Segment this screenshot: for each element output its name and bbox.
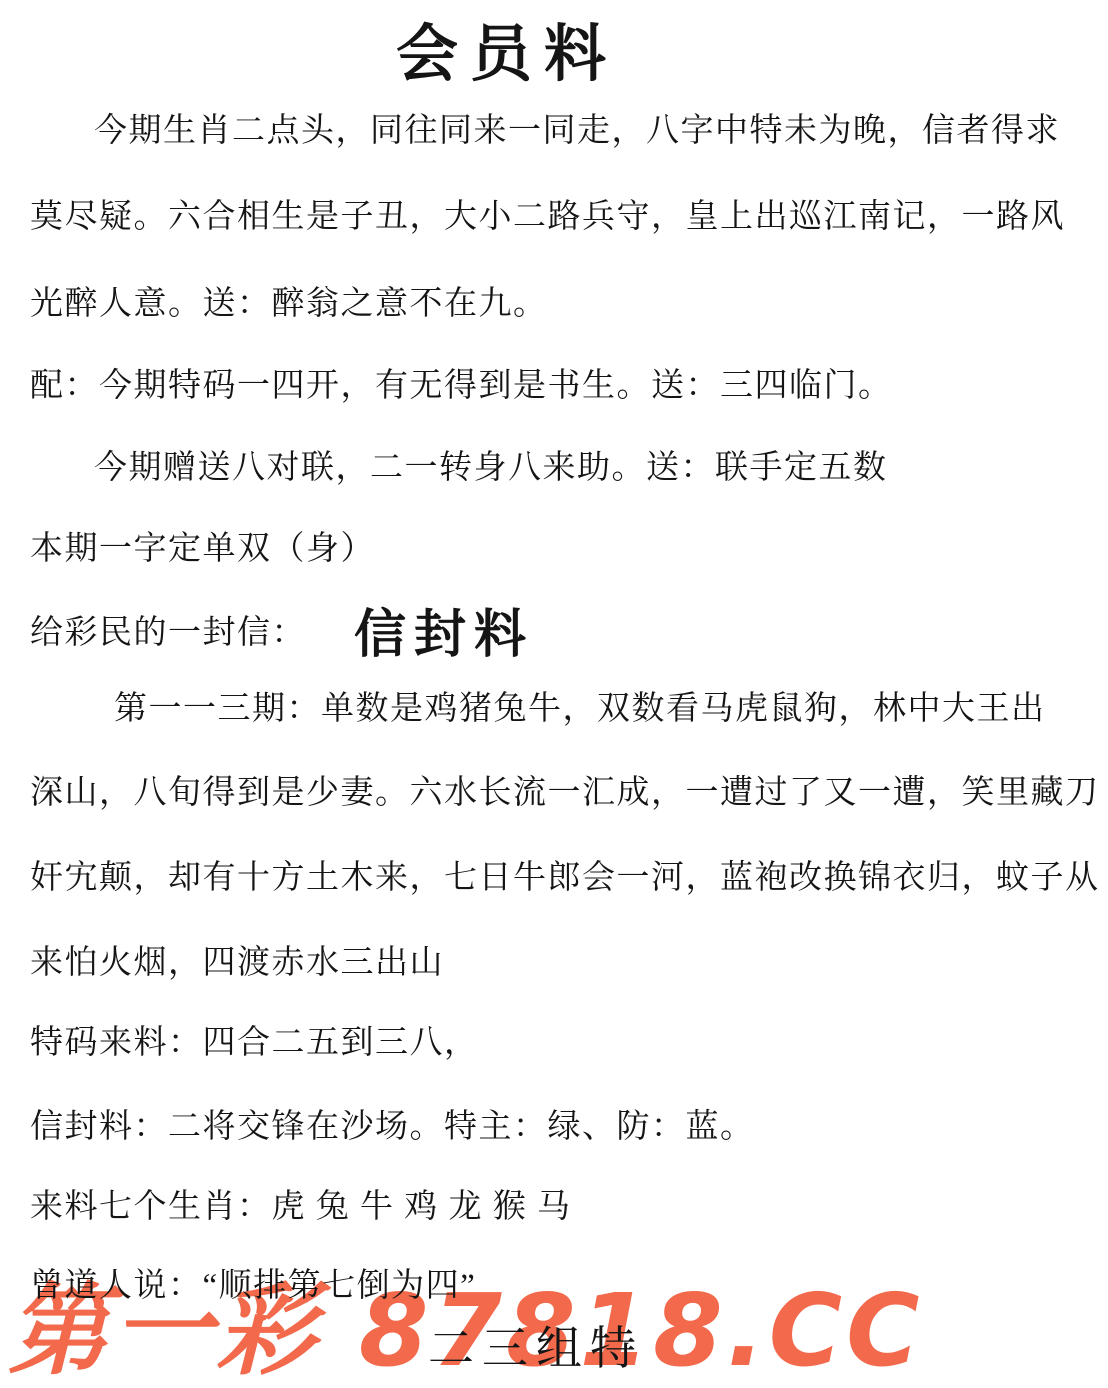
text-line: 本期一字定单双（身） bbox=[30, 522, 375, 569]
text-line: 特码来料：四合二五到三八， bbox=[30, 1016, 479, 1063]
envelope-section-title: 信封料 bbox=[354, 592, 534, 667]
text-line: 深山，八旬得到是少妻。六水长流一汇成，一遭过了又一遭，笑里藏刀 bbox=[30, 766, 1100, 813]
envelope-header-row: 给彩民的一封信： 信封料 bbox=[30, 592, 534, 667]
text-line: 今期赠送八对联，二一转身八来助。送：联手定五数 bbox=[94, 441, 888, 488]
scanned-document: 会员料 今期生肖二点头，同往同来一同走，八字中特未为晚，信者得求 莫尽疑。六合相… bbox=[0, 0, 1108, 1388]
letter-label: 给彩民的一封信： bbox=[30, 606, 306, 653]
text-line: 奸宄颠，却有十方土木来，七日牛郎会一河，蓝袍改换锦衣归，蚊子从 bbox=[30, 851, 1100, 898]
text-line: 曾道人说：“顺排第七倒为四” bbox=[30, 1259, 476, 1306]
text-line: 来怕火烟，四渡赤水三出山 bbox=[30, 936, 444, 983]
text-line: 第一一三期：单数是鸡猪兔牛，双数看马虎鼠狗，林中大王出 bbox=[114, 682, 1046, 729]
text-line: 光醉人意。送：醉翁之意不在九。 bbox=[30, 277, 548, 324]
text-line: 来料七个生肖：虎 兔 牛 鸡 龙 猴 马 bbox=[30, 1180, 572, 1227]
text-line: 莫尽疑。六合相生是子丑，大小二路兵守，皇上出巡江南记，一路风 bbox=[30, 190, 1065, 237]
text-line: 配：今期特码一四开，有无得到是书生。送：三四临门。 bbox=[30, 359, 893, 406]
text-line: 信封料：二将交锋在沙场。特主：绿、防：蓝。 bbox=[30, 1100, 755, 1147]
page-title: 会员料 bbox=[396, 4, 618, 93]
bottom-partial-line: 二三组特 bbox=[428, 1312, 644, 1378]
text-line: 今期生肖二点头，同往同来一同走，八字中特未为晚，信者得求 bbox=[94, 104, 1060, 151]
